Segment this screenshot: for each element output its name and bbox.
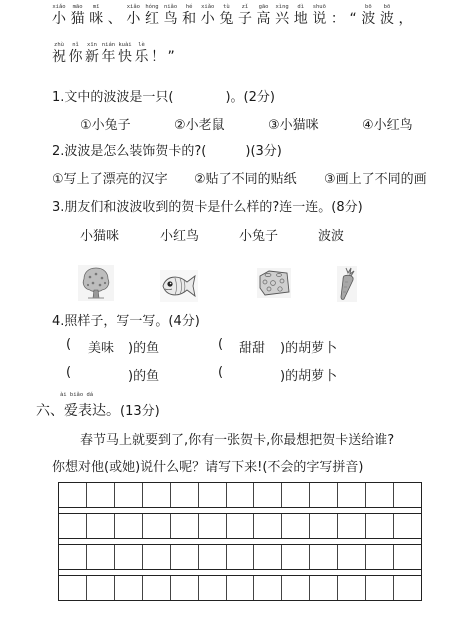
section-6-prompt-2: 你想对他(或她)说什么呢？请写下来!(不会的字写拼音) (52, 456, 364, 475)
pinyin: tù (223, 4, 230, 11)
q4-row1-right-fill[interactable]: 甜甜 (239, 337, 265, 356)
q3-name-4: 波波 (318, 225, 344, 244)
q3-name-2: 小红鸟 (160, 225, 199, 244)
hanzi: 新 (85, 49, 99, 65)
grid-cell[interactable] (143, 576, 171, 600)
q4-row1-right-open: ( (218, 337, 223, 352)
ruby-char: ， (399, 4, 413, 27)
grid-cell[interactable] (394, 576, 422, 600)
grid-cell[interactable] (171, 545, 199, 569)
hanzi: 祝 (52, 49, 66, 65)
question-3: 3.朋友们和波波收到的贺卡是什么样的?连一连。(8分) (52, 196, 363, 215)
question-2: 2.波波是怎么装饰贺卡的?( )(3分) (52, 140, 282, 159)
pinyin: zǐ (242, 4, 249, 11)
grid-cell[interactable] (59, 514, 87, 538)
cheese-icon (257, 268, 291, 298)
section-6-score: (13分) (120, 404, 160, 419)
pinyin: hóng (145, 4, 158, 11)
ruby-char: nǐ你 (69, 42, 83, 65)
grid-cell[interactable] (254, 545, 282, 569)
q4-row2-left-open: ( (66, 365, 71, 380)
grid-cell[interactable] (338, 514, 366, 538)
grid-cell[interactable] (171, 576, 199, 600)
grid-cell[interactable] (310, 545, 338, 569)
grid-cell[interactable] (366, 483, 394, 507)
ruby-char: kuài快 (118, 42, 132, 65)
ruby-char: xiǎo小 (52, 4, 66, 27)
grid-row (58, 575, 422, 601)
writing-grid[interactable] (58, 482, 422, 601)
hanzi: 小 (201, 11, 215, 27)
pinyin: xiǎo (52, 4, 65, 11)
ruby-char: zhù祝 (52, 42, 66, 65)
q2-option-3: ③画上了不同的画 (324, 168, 427, 187)
grid-row (58, 482, 422, 508)
intro-line-1: xiǎo小māo猫mī咪、xiǎo小hóng红niǎo鸟hé和xiǎo小tù兔z… (52, 4, 413, 27)
ruby-char: xīn新 (85, 42, 99, 65)
grid-cell[interactable] (366, 545, 394, 569)
ruby-char: ！ (151, 42, 165, 65)
pinyin: lè (138, 42, 145, 49)
hanzi: 小 (126, 11, 140, 27)
grid-cell[interactable] (254, 483, 282, 507)
ruby-char: xiǎo小 (126, 4, 140, 27)
question-1: 1.文中的波波是一只( )。(2分) (52, 86, 275, 105)
pinyin: zhù (54, 42, 64, 49)
ruby-char: xìng兴 (275, 4, 289, 27)
carrot-icon (337, 266, 357, 302)
hanzi: 地 (294, 11, 308, 27)
pinyin: xiǎo (201, 4, 214, 11)
pinyin: bō (365, 4, 372, 11)
grid-cell[interactable] (171, 483, 199, 507)
ruby-char: bō波 (361, 4, 375, 27)
grid-cell[interactable] (87, 545, 115, 569)
ruby-char: lè乐 (135, 42, 149, 65)
hanzi: 鸟 (164, 11, 178, 27)
hanzi: 波 (361, 11, 375, 27)
grid-cell[interactable] (59, 545, 87, 569)
grid-cell[interactable] (394, 514, 422, 538)
tree-icon (78, 265, 114, 301)
pinyin: dì (297, 4, 304, 11)
grid-cell[interactable] (338, 483, 366, 507)
pinyin: xiǎo (127, 4, 140, 11)
grid-cell[interactable] (115, 483, 143, 507)
grid-cell[interactable] (87, 483, 115, 507)
grid-cell[interactable] (115, 545, 143, 569)
ruby-char: tù兔 (219, 4, 233, 27)
pinyin: hé (186, 4, 193, 11)
grid-cell[interactable] (227, 576, 255, 600)
hanzi: 红 (145, 11, 159, 27)
pinyin: mī (93, 4, 100, 11)
pinyin: bō (384, 4, 391, 11)
hanzi: 猫 (71, 11, 85, 27)
grid-row (58, 544, 422, 570)
grid-cell[interactable] (199, 576, 227, 600)
grid-cell[interactable] (282, 545, 310, 569)
grid-cell[interactable] (282, 576, 310, 600)
pinyin: shuō (313, 4, 326, 11)
hanzi: “ (350, 11, 357, 27)
grid-cell[interactable] (143, 514, 171, 538)
grid-cell[interactable] (338, 545, 366, 569)
ruby-char: gāo高 (257, 4, 271, 27)
section-6-title: 爱表达。 (64, 403, 120, 419)
ruby-char: bō波 (380, 4, 394, 27)
hanzi: 子 (238, 11, 252, 27)
grid-cell[interactable] (394, 545, 422, 569)
q3-name-3: 小兔子 (239, 225, 278, 244)
hanzi: 说 (312, 11, 326, 27)
ruby-char: hóng红 (145, 4, 159, 27)
hanzi: 兴 (275, 11, 289, 27)
section-6-heading: 六、爱表达。(13分) (36, 400, 160, 420)
section-6-prompt-1: 春节马上就要到了,你有一张贺卡,你最想把贺卡送给谁? (80, 429, 394, 448)
pinyin: xīn (87, 42, 97, 49)
grid-cell[interactable] (227, 483, 255, 507)
section-6-prefix: 六、 (36, 403, 64, 419)
ruby-char: xiǎo小 (201, 4, 215, 27)
q4-row2-left-close: )的鱼 (128, 365, 159, 384)
fish-icon (160, 270, 198, 302)
section-6-pinyin: ài biǎo dá (60, 392, 93, 398)
pinyin: nǐ (72, 42, 79, 49)
q4-row1-right-close: )的胡萝卜 (280, 337, 337, 356)
hanzi: 乐 (135, 49, 149, 65)
grid-cell[interactable] (143, 545, 171, 569)
grid-cell[interactable] (310, 514, 338, 538)
intro-line-2: zhù祝nǐ你xīn新nián年kuài快lè乐！” (52, 42, 175, 65)
grid-cell[interactable] (282, 514, 310, 538)
grid-cell[interactable] (366, 514, 394, 538)
q4-row1-left-fill[interactable]: 美味 (88, 337, 114, 356)
hanzi: 、 (108, 11, 122, 27)
question-4: 4.照样子，写一写。(4分) (52, 310, 200, 329)
hanzi: 快 (118, 49, 132, 65)
q1-option-2: ②小老鼠 (174, 114, 225, 133)
hanzi: ， (399, 11, 413, 27)
hanzi: ！ (151, 49, 165, 65)
grid-cell[interactable] (310, 483, 338, 507)
grid-cell[interactable] (59, 483, 87, 507)
ruby-char: dì地 (294, 4, 308, 27)
q4-row1-left-close: )的鱼 (128, 337, 159, 356)
ruby-char: nián年 (102, 42, 116, 65)
grid-cell[interactable] (227, 514, 255, 538)
grid-cell[interactable] (254, 576, 282, 600)
ruby-char: māo猫 (71, 4, 85, 27)
pinyin: xìng (276, 4, 289, 11)
q1-option-1: ①小兔子 (80, 114, 131, 133)
ruby-char: ” (168, 42, 175, 65)
hanzi: ： (331, 11, 345, 27)
hanzi: 年 (102, 49, 116, 65)
grid-row (58, 513, 422, 539)
grid-cell[interactable] (59, 576, 87, 600)
q4-row1-left-open: ( (66, 337, 71, 352)
grid-cell[interactable] (199, 545, 227, 569)
grid-cell[interactable] (115, 514, 143, 538)
ruby-char: “ (350, 4, 357, 27)
q4-row2-right-close: )的胡萝卜 (280, 365, 337, 384)
q3-name-1: 小猫咪 (80, 225, 119, 244)
grid-cell[interactable] (115, 576, 143, 600)
grid-cell[interactable] (199, 483, 227, 507)
hanzi: 和 (182, 11, 196, 27)
hanzi: ” (168, 49, 175, 65)
hanzi: 你 (69, 49, 83, 65)
grid-cell[interactable] (199, 514, 227, 538)
ruby-char: shuō说 (312, 4, 326, 27)
grid-cell[interactable] (87, 576, 115, 600)
grid-cell[interactable] (87, 514, 115, 538)
q1-option-4: ④小红鸟 (362, 114, 413, 133)
q4-row2-right-open: ( (218, 365, 223, 380)
q1-option-3: ③小猫咪 (268, 114, 319, 133)
pinyin: kuài (118, 42, 131, 49)
grid-cell[interactable] (338, 576, 366, 600)
grid-cell[interactable] (227, 545, 255, 569)
grid-cell[interactable] (310, 576, 338, 600)
hanzi: 小 (52, 11, 66, 27)
grid-cell[interactable] (394, 483, 422, 507)
ruby-char: 、 (108, 4, 122, 27)
pinyin: gāo (259, 4, 269, 11)
ruby-char: ： (331, 4, 345, 27)
pinyin: māo (73, 4, 83, 11)
grid-cell[interactable] (143, 483, 171, 507)
grid-cell[interactable] (254, 514, 282, 538)
pinyin: niǎo (164, 4, 177, 11)
hanzi: 兔 (219, 11, 233, 27)
grid-cell[interactable] (282, 483, 310, 507)
grid-cell[interactable] (366, 576, 394, 600)
hanzi: 波 (380, 11, 394, 27)
ruby-char: niǎo鸟 (164, 4, 178, 27)
ruby-char: zǐ子 (238, 4, 252, 27)
hanzi: 咪 (89, 11, 103, 27)
hanzi: 高 (257, 11, 271, 27)
q2-option-2: ②贴了不同的贴纸 (194, 168, 297, 187)
q2-option-1: ①写上了漂亮的汉字 (52, 168, 168, 187)
ruby-char: mī咪 (89, 4, 103, 27)
pinyin: nián (102, 42, 115, 49)
grid-cell[interactable] (171, 514, 199, 538)
ruby-char: hé和 (182, 4, 196, 27)
